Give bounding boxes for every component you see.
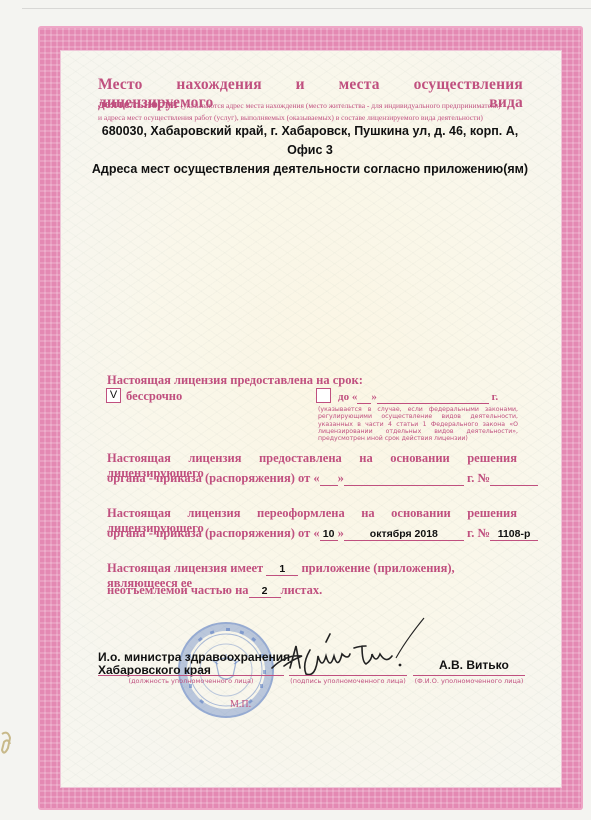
signature-line (289, 675, 407, 676)
position-line (98, 675, 284, 676)
location-heading-word: деятельности (98, 96, 177, 111)
appendix-prefix: Настоящая лицензия имеет (107, 561, 263, 575)
until-date-field[interactable] (377, 391, 489, 404)
granted-number-field[interactable] (490, 473, 538, 486)
until-checkbox[interactable] (316, 388, 331, 403)
staple-remnant-icon (0, 730, 14, 760)
address-line-2: Офис 3 (60, 143, 560, 157)
reissued-number-field[interactable]: 1108-р (490, 528, 538, 541)
reissued-month-field[interactable]: октября 2018 (344, 528, 464, 541)
reissued-day-field[interactable]: 10 (320, 528, 338, 541)
granted-line-2: органа - приказа (распоряжения) от « » г… (107, 471, 538, 486)
until-prefix: до « (338, 391, 357, 403)
indefinite-label: бессрочно (126, 389, 182, 404)
appendix-line-2: неотъемлемой частью на2листах. (107, 583, 322, 598)
until-label: до « » г. (338, 391, 498, 404)
term-heading: Настоящая лицензия предоставлена на срок… (107, 373, 363, 388)
appendix-count-field[interactable]: 1 (266, 563, 298, 576)
reissued-line-2: органа - приказа (распоряжения) от «10»о… (107, 526, 538, 541)
granted-year-no: г. № (467, 471, 490, 485)
scan-edge (22, 8, 591, 9)
granted-month-field[interactable] (344, 473, 464, 486)
granted-day-field[interactable] (320, 473, 338, 486)
granted-prefix: органа - приказа (распоряжения) от « (107, 471, 320, 485)
official-name: А.В. Витько (439, 659, 509, 672)
location-hint-2: и адреса мест осуществления работ (услуг… (98, 113, 523, 122)
caption-name: (Ф.И.О. уполномоченного лица) (413, 677, 525, 685)
address-line-1: 680030, Хабаровский край, г. Хабаровск, … (60, 124, 560, 138)
until-day-field[interactable] (357, 391, 371, 404)
reissued-year-no: г. № (467, 526, 490, 540)
term-note: (указывается в случае, если федеральными… (318, 406, 518, 442)
until-suffix: г. (492, 391, 499, 403)
stamp-place-label: М.П. (230, 699, 251, 710)
caption-signature: (подпись уполномоченного лица) (289, 677, 407, 685)
address-line-3: Адреса мест осуществления деятельности с… (60, 162, 560, 176)
caption-position: (должность уполномоченного лица) (98, 677, 284, 685)
sheets-prefix: неотъемлемой частью на (107, 583, 249, 597)
reissued-prefix: органа - приказа (распоряжения) от « (107, 526, 320, 540)
sheets-suffix: листах. (281, 583, 323, 597)
location-heading-cont: деятельности (указываются адрес места на… (98, 96, 523, 112)
location-hint-1: (указываются адрес места нахождения (мес… (181, 101, 501, 110)
sheets-count-field[interactable]: 2 (249, 585, 281, 598)
indefinite-checkbox[interactable]: V (106, 388, 121, 403)
name-line (413, 675, 525, 676)
handwritten-signature-icon (270, 612, 430, 684)
